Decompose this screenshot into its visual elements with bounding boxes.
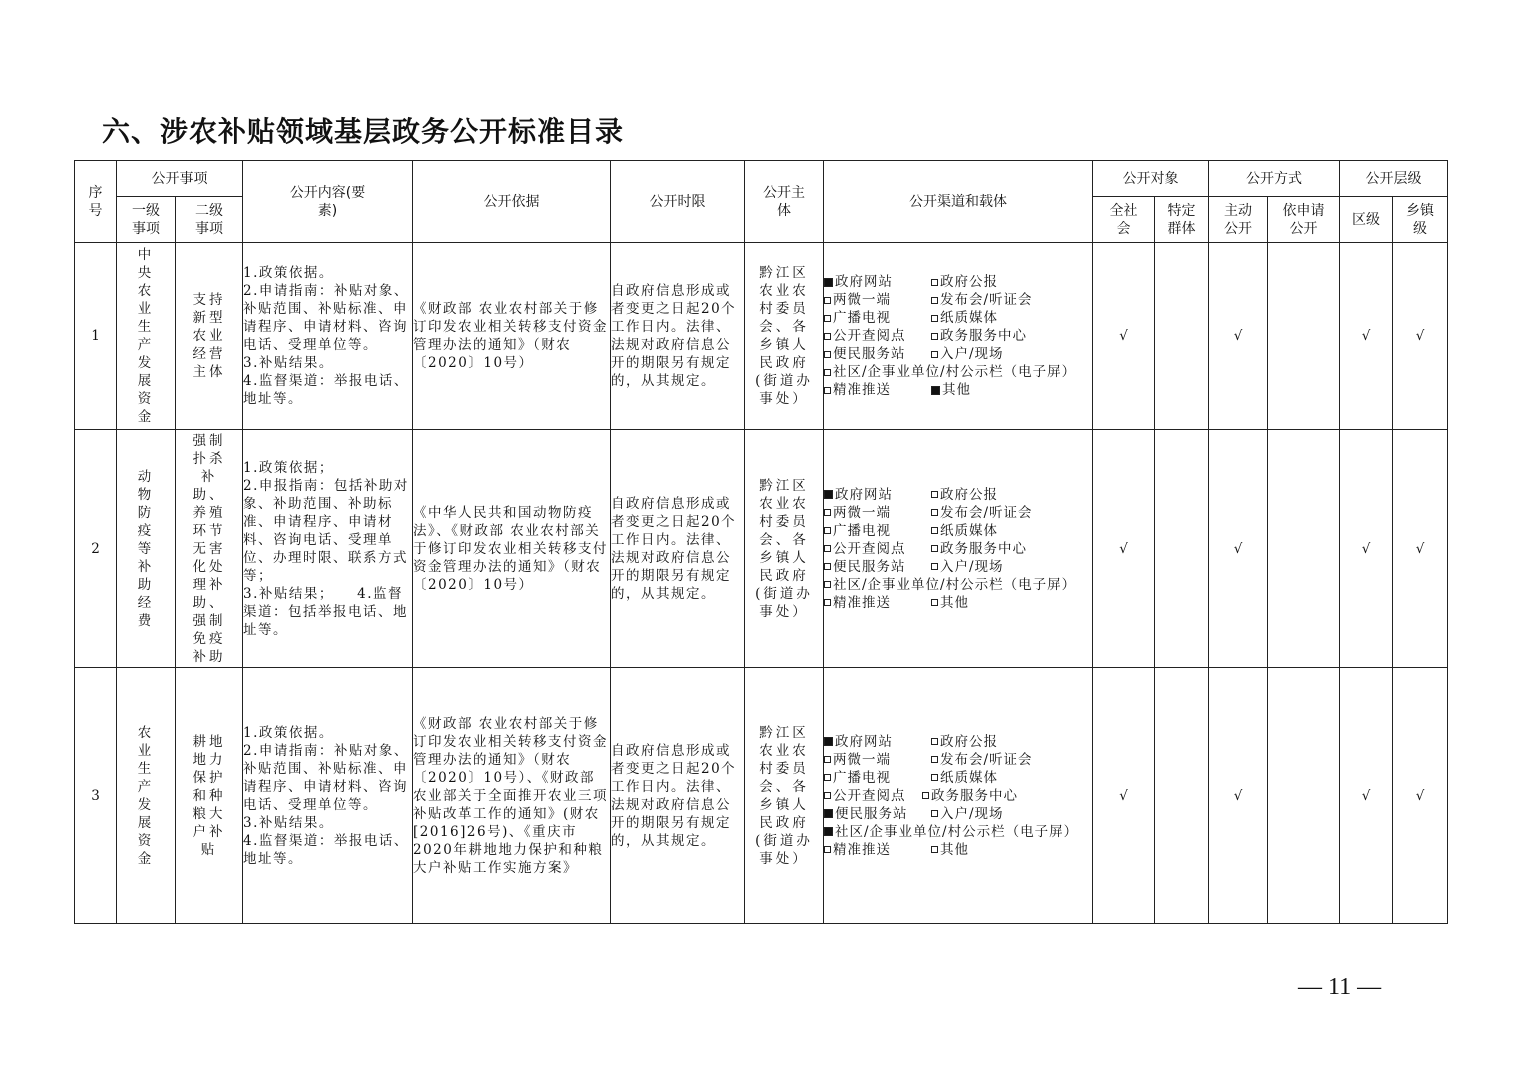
- checkbox-empty-icon: [931, 810, 938, 817]
- checkbox-empty-icon: [931, 774, 938, 781]
- channel-press-hearing: 发布会/听证会: [931, 504, 1033, 522]
- checkbox-empty-icon: [824, 297, 831, 304]
- channel-service-center: 政务服务中心: [931, 327, 1027, 345]
- channel-gov-website: 政府网站: [824, 733, 931, 751]
- header-audience-specific: 特定群体: [1155, 197, 1209, 243]
- row-audience-all: √: [1093, 243, 1155, 430]
- header-channels: 公开渠道和载体: [824, 161, 1093, 243]
- header-subject: 公开主体: [745, 161, 824, 243]
- table-row: 3 农业生产发展资金 耕地地力保护和种粮大户补贴 1.政策依据。 2.申请指南：…: [75, 668, 1448, 924]
- channel-targeted-push: 精准推送: [824, 381, 931, 399]
- channel-bulletin-board: 社区/企事业单位/村公示栏（电子屏）: [824, 823, 1078, 841]
- channel-bulletin-board: 社区/企事业单位/村公示栏（电子屏）: [824, 363, 1076, 381]
- row-time-limit: 自政府信息形成或者变更之日起20个工作日内。法律、法规对政府信息公开的期限另有规…: [611, 668, 745, 924]
- row-level-district: √: [1340, 430, 1393, 668]
- channel-onsite: 入户/现场: [931, 558, 1004, 576]
- checkbox-empty-icon: [931, 738, 938, 745]
- checkbox-empty-icon: [931, 563, 938, 570]
- checkbox-checked-icon: [824, 809, 833, 818]
- header-level-group: 公开层级: [1340, 161, 1448, 197]
- row-method-request: [1268, 668, 1340, 924]
- channel-service-station: 便民服务站: [824, 345, 931, 363]
- channel-other: 其他: [931, 841, 969, 859]
- row-channels: 政府网站政府公报 两微一端发布会/听证会 广播电视纸质媒体 公开查阅点政务服务中…: [824, 430, 1093, 668]
- checkbox-empty-icon: [824, 846, 831, 853]
- row-seq: 2: [75, 430, 117, 668]
- checkbox-empty-icon: [824, 563, 831, 570]
- checkbox-empty-icon: [931, 279, 938, 286]
- channel-print-media: 纸质媒体: [931, 769, 998, 787]
- row-time-limit: 自政府信息形成或者变更之日起20个工作日内。法律、法规对政府信息公开的期限另有规…: [611, 243, 745, 430]
- row-method-request: [1268, 430, 1340, 668]
- checkbox-empty-icon: [931, 527, 938, 534]
- checkbox-empty-icon: [824, 509, 831, 516]
- row-basis: 《财政部 农业农村部关于修订印发农业相关转移支付资金管理办法的通知》（财农〔20…: [413, 668, 611, 924]
- row-audience-specific: [1155, 430, 1209, 668]
- channel-broadcast-tv: 广播电视: [824, 769, 931, 787]
- row-method-active: √: [1209, 668, 1268, 924]
- row-method-active: √: [1209, 430, 1268, 668]
- row-time-limit: 自政府信息形成或者变更之日起20个工作日内。法律、法规对政府信息公开的期限另有规…: [611, 430, 745, 668]
- checkbox-empty-icon: [824, 369, 831, 376]
- channel-print-media: 纸质媒体: [931, 522, 998, 540]
- checkbox-empty-icon: [824, 351, 831, 358]
- channel-broadcast-tv: 广播电视: [824, 309, 931, 327]
- checkbox-empty-icon: [824, 756, 831, 763]
- header-content: 公开内容(要素): [243, 161, 413, 243]
- channel-gov-gazette: 政府公报: [931, 733, 998, 751]
- channel-print-media: 纸质媒体: [931, 309, 998, 327]
- header-level2: 二级事项: [176, 197, 243, 243]
- checkbox-empty-icon: [931, 297, 938, 304]
- checkbox-empty-icon: [931, 846, 938, 853]
- checkbox-checked-icon: [824, 490, 833, 499]
- channel-targeted-push: 精准推送: [824, 841, 931, 859]
- row-subject: 黔江区农业农村委员会、各乡镇人民政府(街道办事处）: [745, 668, 824, 924]
- row-basis: 《中华人民共和国动物防疫法》、《财政部 农业农村部关于修订印发农业相关转移支付资…: [413, 430, 611, 668]
- row-content: 1.政策依据； 2.申报指南：包括补助对象、补助范围、补助标准、申请程序、申请材…: [243, 430, 413, 668]
- row-level-township: √: [1393, 430, 1448, 668]
- checkbox-empty-icon: [824, 581, 831, 588]
- checkbox-empty-icon: [931, 491, 938, 498]
- header-item-group: 公开事项: [117, 161, 243, 197]
- checkbox-empty-icon: [931, 509, 938, 516]
- row-level2: 强制扑杀补助、养殖环节无害化处理补助、强制免疫补助: [176, 430, 243, 668]
- channel-bulletin-board: 社区/企事业单位/村公示栏（电子屏）: [824, 576, 1076, 594]
- row-basis: 《财政部 农业农村部关于修订印发农业相关转移支付资金管理办法的通知》（财农〔20…: [413, 243, 611, 430]
- row-level2: 支持新型农业经营主体: [176, 243, 243, 430]
- channel-onsite: 入户/现场: [931, 345, 1004, 363]
- page-number: — 11 —: [1298, 974, 1381, 1001]
- disclosure-catalog-table: 序号 公开事项 公开内容(要素) 公开依据 公开时限 公开主体 公开渠道和载体 …: [74, 160, 1448, 924]
- checkbox-empty-icon: [824, 527, 831, 534]
- channel-press-hearing: 发布会/听证会: [931, 291, 1033, 309]
- channel-service-center: 政务服务中心: [931, 540, 1027, 558]
- row-level-district: √: [1340, 668, 1393, 924]
- channel-targeted-push: 精准推送: [824, 594, 931, 612]
- checkbox-empty-icon: [931, 756, 938, 763]
- header-basis: 公开依据: [413, 161, 611, 243]
- row-level1: 动物防疫等补助经费: [117, 430, 176, 668]
- row-audience-specific: [1155, 243, 1209, 430]
- header-method-group: 公开方式: [1209, 161, 1340, 197]
- channel-public-reading-point: 公开查阅点: [824, 540, 931, 558]
- channel-service-station: 便民服务站: [824, 805, 931, 823]
- channel-gov-gazette: 政府公报: [931, 273, 998, 291]
- checkbox-checked-icon: [824, 278, 833, 287]
- checkbox-empty-icon: [824, 774, 831, 781]
- row-level1: 中央农业生产发展资金: [117, 243, 176, 430]
- channel-service-station: 便民服务站: [824, 558, 931, 576]
- channel-gov-website: 政府网站: [824, 273, 931, 291]
- channel-service-center: 政务服务中心: [922, 787, 1018, 805]
- channel-wechat-weibo-app: 两微一端: [824, 504, 931, 522]
- header-method-active: 主动公开: [1209, 197, 1268, 243]
- checkbox-empty-icon: [824, 387, 831, 394]
- channel-wechat-weibo-app: 两微一端: [824, 291, 931, 309]
- channel-other: 其他: [931, 381, 971, 399]
- checkbox-empty-icon: [931, 315, 938, 322]
- row-method-request: [1268, 243, 1340, 430]
- row-level-township: √: [1393, 668, 1448, 924]
- row-seq: 3: [75, 668, 117, 924]
- checkbox-checked-icon: [824, 827, 833, 836]
- checkbox-empty-icon: [824, 545, 831, 552]
- header-time-limit: 公开时限: [611, 161, 745, 243]
- row-level1: 农业生产发展资金: [117, 668, 176, 924]
- checkbox-empty-icon: [824, 599, 831, 606]
- checkbox-empty-icon: [931, 545, 938, 552]
- checkbox-empty-icon: [931, 599, 938, 606]
- checkbox-empty-icon: [931, 333, 938, 340]
- row-method-active: √: [1209, 243, 1268, 430]
- table-row: 1 中央农业生产发展资金 支持新型农业经营主体 1.政策依据。 2.申请指南：补…: [75, 243, 1448, 430]
- row-audience-all: √: [1093, 668, 1155, 924]
- channel-other: 其他: [931, 594, 969, 612]
- checkbox-empty-icon: [922, 792, 929, 799]
- row-level-district: √: [1340, 243, 1393, 430]
- row-audience-all: √: [1093, 430, 1155, 668]
- header-level-district: 区级: [1340, 197, 1393, 243]
- checkbox-empty-icon: [931, 351, 938, 358]
- checkbox-checked-icon: [824, 737, 833, 746]
- checkbox-checked-icon: [931, 386, 940, 395]
- row-subject: 黔江区农业农村委员会、各乡镇人民政府(街道办事处）: [745, 430, 824, 668]
- channel-public-reading-point: 公开查阅点: [824, 787, 922, 805]
- row-content: 1.政策依据。 2.申请指南：补贴对象、补贴范围、补贴标准、申请程序、申请材料、…: [243, 668, 413, 924]
- document-title: 六、涉农补贴领域基层政务公开标准目录: [102, 110, 624, 150]
- channel-gov-gazette: 政府公报: [931, 486, 998, 504]
- table-row: 2 动物防疫等补助经费 强制扑杀补助、养殖环节无害化处理补助、强制免疫补助 1.…: [75, 430, 1448, 668]
- channel-onsite: 入户/现场: [931, 805, 1004, 823]
- row-level2: 耕地地力保护和种粮大户补贴: [176, 668, 243, 924]
- header-method-request: 依申请公开: [1268, 197, 1340, 243]
- header-level-township: 乡镇级: [1393, 197, 1448, 243]
- row-content: 1.政策依据。 2.申请指南：补贴对象、补贴范围、补贴标准、申请程序、申请材料、…: [243, 243, 413, 430]
- header-audience-all: 全社会: [1093, 197, 1155, 243]
- row-seq: 1: [75, 243, 117, 430]
- row-channels: 政府网站政府公报 两微一端发布会/听证会 广播电视纸质媒体 公开查阅点政务服务中…: [824, 668, 1093, 924]
- checkbox-empty-icon: [824, 315, 831, 322]
- header-audience-group: 公开对象: [1093, 161, 1209, 197]
- header-seq: 序号: [75, 161, 117, 243]
- channel-public-reading-point: 公开查阅点: [824, 327, 931, 345]
- channel-broadcast-tv: 广播电视: [824, 522, 931, 540]
- channel-gov-website: 政府网站: [824, 486, 931, 504]
- row-audience-specific: [1155, 668, 1209, 924]
- row-level-township: √: [1393, 243, 1448, 430]
- header-level1: 一级事项: [117, 197, 176, 243]
- channel-wechat-weibo-app: 两微一端: [824, 751, 931, 769]
- checkbox-empty-icon: [824, 333, 831, 340]
- row-channels: 政府网站政府公报 两微一端发布会/听证会 广播电视纸质媒体 公开查阅点政务服务中…: [824, 243, 1093, 430]
- row-subject: 黔江区农业农村委员会、各乡镇人民政府(街道办事处）: [745, 243, 824, 430]
- channel-press-hearing: 发布会/听证会: [931, 751, 1033, 769]
- checkbox-empty-icon: [824, 792, 831, 799]
